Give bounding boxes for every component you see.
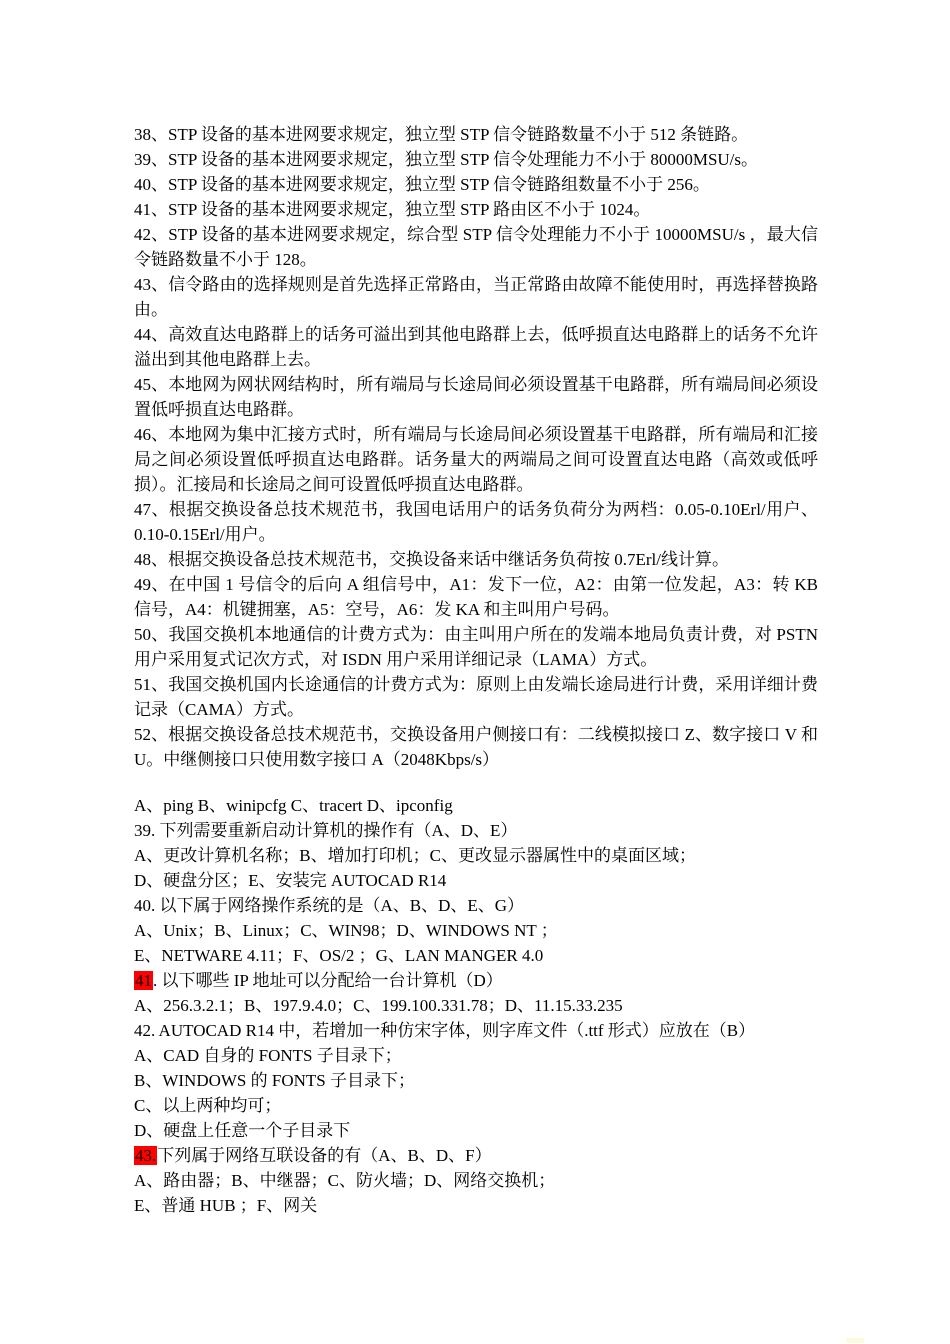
paragraph: 48、根据交换设备总技术规范书，交换设备来话中继话务负荷按 0.7Erl/线计算… (134, 547, 818, 572)
document-content: 38、STP 设备的基本进网要求规定，独立型 STP 信令链路数量不小于 512… (134, 122, 818, 1218)
paragraph: 49、在中国 1 号信令的后向 A 组信号中，A1：发下一位，A2：由第一位发起… (134, 572, 818, 622)
paragraph: 52、根据交换设备总技术规范书，交换设备用户侧接口有：二线模拟接口 Z、数字接口… (134, 722, 818, 772)
paragraph: 44、高效直达电路群上的话务可溢出到其他电路群上去，低呼损直达电路群上的话务不允… (134, 322, 818, 372)
paragraph: 45、本地网为网状网结构时，所有端局与长途局间必须设置基干电路群，所有端局间必须… (134, 372, 818, 422)
paragraph: A、更改计算机名称；B、增加打印机；C、更改显示器属性中的桌面区域； (134, 843, 818, 868)
paragraph: A、Unix；B、Linux；C、WIN98；D、WINDOWS NT ； (134, 918, 818, 943)
paragraph: B、WINDOWS 的 FONTS 子目录下； (134, 1068, 818, 1093)
paragraph: E、普通 HUB ；F、网关 (134, 1193, 818, 1218)
section-knowledge-points: 38、STP 设备的基本进网要求规定，独立型 STP 信令链路数量不小于 512… (134, 122, 818, 772)
paragraph: 46、本地网为集中汇接方式时，所有端局与长途局间必须设置基干电路群，所有端局和汇… (134, 422, 818, 497)
paragraph: 40、STP 设备的基本进网要求规定，独立型 STP 信令链路组数量不小于 25… (134, 172, 818, 197)
paragraph: 42. AUTOCAD R14 中，若增加一种仿宋字体，则字库文件（.ttf 形… (134, 1018, 818, 1043)
paragraph: 50、我国交换机本地通信的计费方式为：由主叫用户所在的发端本地局负责计费，对 P… (134, 622, 818, 672)
paragraph: 41. 以下哪些 IP 地址可以分配给一台计算机（D） (134, 968, 818, 993)
paragraph: A、ping B、winipcfg C、tracert D、ipconfig (134, 793, 818, 818)
paragraph: D、硬盘上任意一个子目录下 (134, 1118, 818, 1143)
paragraph: A、CAD 自身的 FONTS 子目录下； (134, 1043, 818, 1068)
paragraph: 51、我国交换机国内长途通信的计费方式为：原则上由发端长途局进行计费，采用详细计… (134, 672, 818, 722)
paragraph: 39. 下列需要重新启动计算机的操作有（A、D、E） (134, 818, 818, 843)
paragraph: 39、STP 设备的基本进网要求规定，独立型 STP 信令处理能力不小于 800… (134, 147, 818, 172)
watermark-fragment (846, 1338, 864, 1343)
paragraph: D、硬盘分区；E、安装完 AUTOCAD R14 (134, 868, 818, 893)
paragraph: 47、根据交换设备总技术规范书，我国电话用户的话务负荷分为两档：0.05-0.1… (134, 497, 818, 547)
paragraph: E、NETWARE 4.11；F、OS/2 ；G、LAN MANGER 4.0 (134, 943, 818, 968)
highlighted-question-number: 41 (134, 971, 153, 990)
paragraph: 40. 以下属于网络操作系统的是（A、B、D、E、G） (134, 893, 818, 918)
paragraph: 42、STP 设备的基本进网要求规定，综合型 STP 信令处理能力不小于 100… (134, 222, 818, 272)
document-page: 38、STP 设备的基本进网要求规定，独立型 STP 信令链路数量不小于 512… (0, 0, 950, 1344)
section-multiple-choice: A、ping B、winipcfg C、tracert D、ipconfig39… (134, 793, 818, 1218)
paragraph: 43.下列属于网络互联设备的有（A、B、D、F） (134, 1143, 818, 1168)
paragraph: C、以上两种均可； (134, 1093, 818, 1118)
highlighted-question-number: 43. (134, 1146, 157, 1165)
paragraph: 43、信令路由的选择规则是首先选择正常路由，当正常路由故障不能使用时，再选择替换… (134, 272, 818, 322)
paragraph: 38、STP 设备的基本进网要求规定，独立型 STP 信令链路数量不小于 512… (134, 122, 818, 147)
paragraph: A、路由器；B、中继器；C、防火墙；D、网络交换机； (134, 1168, 818, 1193)
paragraph: A、256.3.2.1；B、197.9.4.0；C、199.100.331.78… (134, 993, 818, 1018)
paragraph: 41、STP 设备的基本进网要求规定，独立型 STP 路由区不小于 1024。 (134, 197, 818, 222)
